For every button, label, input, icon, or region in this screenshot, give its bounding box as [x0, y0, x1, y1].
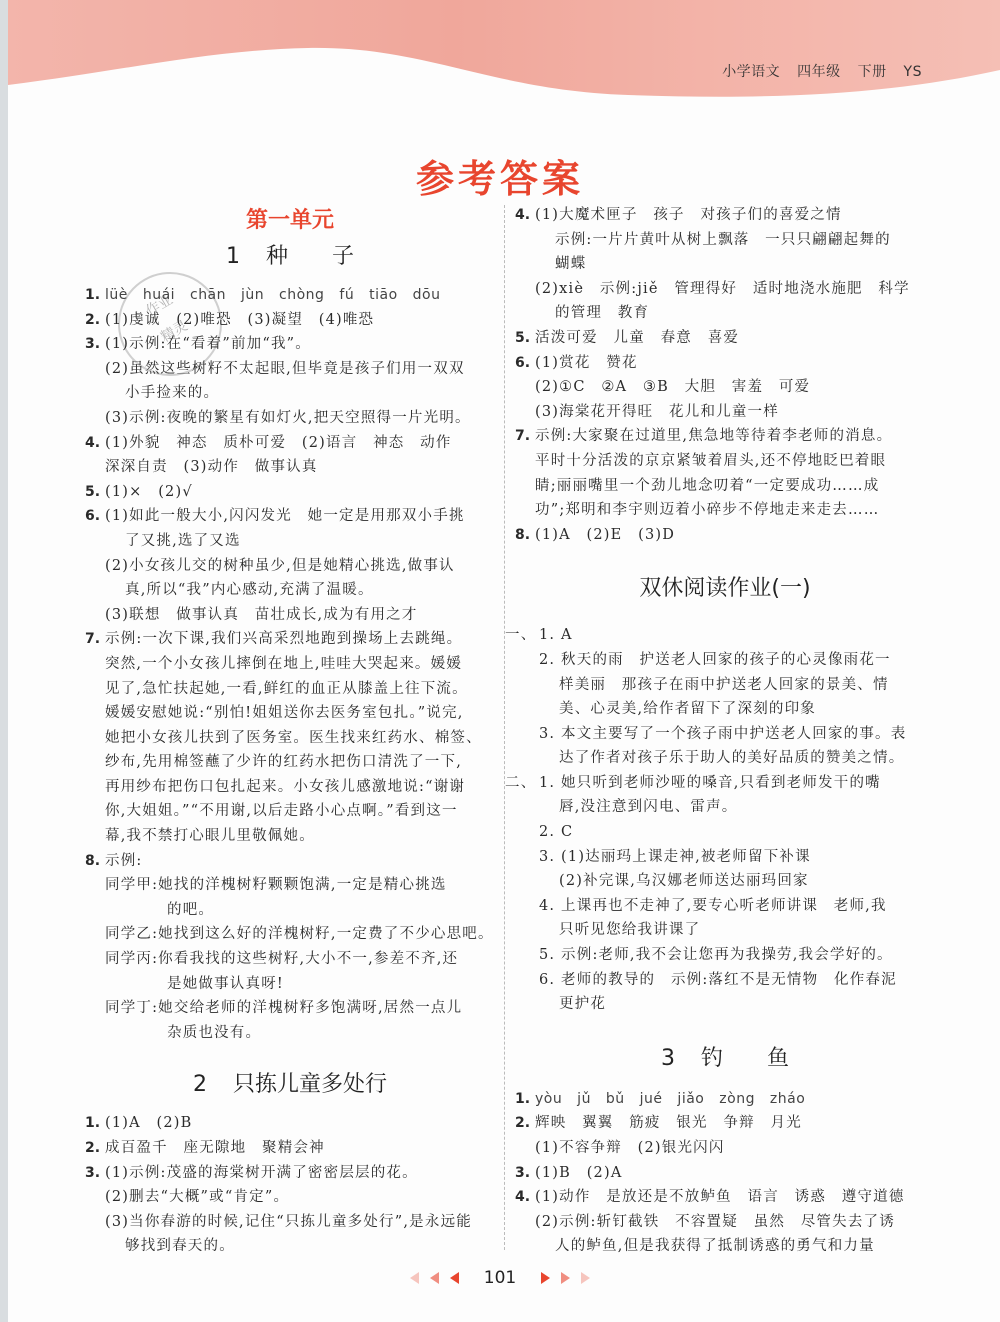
answer-line: 4.(1)大魔术匣子 孩子 对孩子们的喜爱之情: [515, 203, 935, 228]
answer-line: 平时十分活泼的京京紧皱着眉头,还不停地眨巴着眼: [515, 449, 935, 474]
answer-line: 6.(1)如此一般大小,闪闪发光 她一定是用那双小手挑: [85, 504, 495, 529]
answer-line: 真,所以“我”内心感动,充满了温暖。: [85, 578, 495, 603]
answer-line: 她把小女孩儿扶到了医务室。医生找来红药水、棉签、: [85, 726, 495, 751]
answer-line: 2.(1)虔诚 (2)唯恐 (3)凝望 (4)唯恐: [85, 308, 495, 333]
answer-line: 2. 秋天的雨 护送老人回家的孩子的心灵像雨花一: [515, 648, 935, 673]
answer-line: 2.成百盈千 座无隙地 聚精会神: [85, 1136, 495, 1161]
answer-line: 3. 本文主要写了一个孩子雨中护送老人回家的事。表: [515, 722, 935, 747]
answer-line: 了又挑,选了又选: [85, 529, 495, 554]
lesson-name: 只拣儿童多处行: [233, 1072, 387, 1097]
answer-line: 6.(1)赏花 赞花: [515, 351, 935, 376]
arrow-left-icon: [410, 1272, 419, 1284]
answer-line: 3.(1)B (2)A: [515, 1161, 935, 1186]
answer-line: 1.(1)A (2)B: [85, 1111, 495, 1136]
lesson-name: 钓 鱼: [701, 1046, 789, 1071]
grade: 四年级: [797, 64, 841, 80]
answer-line: (2)补完课,乌汉娜老师送达丽玛回家: [515, 869, 935, 894]
answer-line: 美、心灵美,给作者留下了深刻的印象: [515, 697, 935, 722]
answer-line: (2)xiè 示例:jiě 管理得好 适时地浇水施肥 科学: [515, 277, 935, 302]
answer-line: 的管理 教育: [515, 301, 935, 326]
answer-line: 人的鲈鱼,但是我获得了抵制诱惑的勇气和力量: [515, 1234, 935, 1259]
answer-line: 更护花: [515, 992, 935, 1017]
arrow-left-icon: [450, 1272, 459, 1284]
lesson-name: 种 子: [266, 244, 354, 269]
answer-line: 的吧。: [85, 898, 495, 923]
lesson-number: 1: [226, 244, 240, 269]
right-column: 4.(1)大魔术匣子 孩子 对孩子们的喜爱之情 示例:一片片黄叶从树上飘落 一只…: [515, 203, 935, 1259]
answer-line: 样美丽 那孩子在雨中护送老人回家的景美、情: [515, 673, 935, 698]
answer-line: 8.示例:: [85, 849, 495, 874]
answer-line: 一、1. A: [505, 623, 935, 648]
volume: 下册: [858, 64, 887, 80]
arrow-right-icon: [581, 1272, 590, 1284]
answer-line: 同学甲:她找的洋槐树籽颗颗饱满,一定是精心挑选: [85, 873, 495, 898]
answer-line: 纱布,先用棉签蘸了少许的红药水把伤口清洗了一下,: [85, 750, 495, 775]
answer-line: 唇,没注意到闪电、雷声。: [515, 795, 935, 820]
answer-line: 4.(1)外貌 神态 质朴可爱 (2)语言 神态 动作: [85, 431, 495, 456]
answer-line: 4.(1)动作 是放还是不放鲈鱼 语言 诱惑 遵守道德: [515, 1185, 935, 1210]
answer-line: 3.(1)示例:在“看着”前加“我”。: [85, 332, 495, 357]
arrow-left-icon: [430, 1272, 439, 1284]
answer-line: 6. 老师的教导的 示例:落红不是无情物 化作春泥: [515, 968, 935, 993]
answer-line: 示例:一片片黄叶从树上飘落 一只只翩翩起舞的: [515, 228, 935, 253]
answer-line: (3)当你春游的时候,记住“只拣儿童多处行”,是永远能: [85, 1210, 495, 1235]
subject: 小学语文: [722, 64, 780, 80]
answer-line: (1)不容争辩 (2)银光闪闪: [515, 1136, 935, 1161]
answer-line: 1.lüè huái chān jùn chòng fú tiāo dōu: [85, 283, 495, 308]
book-info: 小学语文 四年级 下册 YS: [710, 61, 922, 81]
answer-line: 7.示例:大家聚在过道里,焦急地等待着李老师的消息。: [515, 424, 935, 449]
answer-line: 深深自责 (3)动作 做事认真: [85, 455, 495, 480]
answer-line: (3)联想 做事认真 苗壮成长,成为有用之才: [85, 603, 495, 628]
answer-line: (2)小女孩儿交的树种虽少,但是她精心挑选,做事认: [85, 554, 495, 579]
answer-line: (3)海棠花开得旺 花儿和儿童一样: [515, 400, 935, 425]
answer-line: (2)虽然这些树籽不太起眼,但毕竟是孩子们用一双双: [85, 357, 495, 382]
answer-line: 同学丙:你看我找的这些树籽,大小不一,参差不齐,还: [85, 947, 495, 972]
answer-line: 是她做事认真呀!: [85, 972, 495, 997]
answer-line: (3)示例:夜晚的繁星有如灯火,把天空照得一片光明。: [85, 406, 495, 431]
answer-line: 2.辉映 翼翼 筋疲 银光 争辩 月光: [515, 1111, 935, 1136]
lesson-number: 2: [193, 1072, 207, 1097]
answer-line: 见了,急忙扶起她,一看,鲜红的血正从膝盖上往下流。: [85, 677, 495, 702]
answer-line: 够找到春天的。: [85, 1234, 495, 1259]
answer-line: 再用纱布把伤口包扎起来。小女孩儿感激地说:“谢谢: [85, 775, 495, 800]
lesson-number: 3: [661, 1046, 675, 1071]
answer-line: 5.活泼可爱 儿童 春意 喜爱: [515, 326, 935, 351]
answer-line: (2)①C ②A ③B 大胆 害羞 可爱: [515, 375, 935, 400]
answer-line: 睛;丽丽嘴里一个劲儿地念叨着“一定要成功……成: [515, 474, 935, 499]
answer-line: 1.yòu jǔ bǔ jué jiǎo zòng zháo: [515, 1087, 935, 1112]
arrow-right-icon: [541, 1272, 550, 1284]
answer-line: 你,大姐姐。”“不用谢,以后走路小心点啊。”看到这一: [85, 799, 495, 824]
answer-line: 杂质也没有。: [85, 1021, 495, 1046]
answer-line: 3.(1)示例:茂盛的海棠树开满了密密层层的花。: [85, 1161, 495, 1186]
answer-line: (2)删去“大概”或“肯定”。: [85, 1185, 495, 1210]
answer-line: 功”;郑明和李宇则迈着小碎步不停地走来走去……: [515, 498, 935, 523]
answer-line: 幕,我不禁打心眼儿里敬佩她。: [85, 824, 495, 849]
answer-line: 2. C: [515, 820, 935, 845]
page-number: 101: [484, 1268, 516, 1288]
left-column: 第一单元 1种 子 1.lüè huái chān jùn chòng fú t…: [85, 195, 495, 1259]
answer-line: 5.(1)× (2)√: [85, 480, 495, 505]
header-wave: [8, 0, 1000, 110]
lesson-3-title: 3钓 鱼: [515, 1037, 935, 1081]
answer-line: 二、1. 她只听到老师沙哑的嗓音,只看到老师发干的嘴: [505, 771, 935, 796]
answer-line: 小手捡来的。: [85, 381, 495, 406]
answer-line: (2)示例:斩钉截铁 不容置疑 虽然 尽管失去了诱: [515, 1210, 935, 1235]
answer-line: 8.(1)A (2)E (3)D: [515, 523, 935, 548]
answer-line: 7.示例:一次下课,我们兴高采烈地跑到操场上去跳绳。: [85, 627, 495, 652]
answer-line: 突然,一个小女孩儿摔倒在地上,哇哇大哭起来。媛媛: [85, 652, 495, 677]
lesson-1-title: 1种 子: [85, 235, 495, 279]
edition: YS: [904, 64, 922, 80]
answer-line: 媛媛安慰她说:“别怕!姐姐送你去医务室包扎。”说完,: [85, 701, 495, 726]
answer-line: 只听见您给我讲课了: [515, 918, 935, 943]
column-divider: [504, 205, 505, 1250]
answer-line: 3. (1)达丽玛上课走神,被老师留下补课: [515, 845, 935, 870]
answer-line: 蝴蝶: [515, 252, 935, 277]
answer-line: 同学丁:她交给老师的洋槐树籽多饱满呀,居然一点儿: [85, 996, 495, 1021]
answer-line: 同学乙:她找到这么好的洋槐树籽,一定费了不少心思吧。: [85, 922, 495, 947]
answer-line: 5. 示例:老师,我不会让您再为我操劳,我会学好的。: [515, 943, 935, 968]
answer-line: 4. 上课再也不走神了,要专心听老师讲课 老师,我: [515, 894, 935, 919]
lesson-2-title: 2只拣儿童多处行: [85, 1063, 495, 1107]
answer-line: 达了作者对孩子乐于助人的美好品质的赞美之情。: [515, 746, 935, 771]
unit-title: 第一单元: [85, 203, 495, 235]
page-footer: 101: [0, 1268, 1000, 1288]
reading-title: 双休阅读作业(一): [515, 567, 935, 611]
arrow-right-icon: [561, 1272, 570, 1284]
